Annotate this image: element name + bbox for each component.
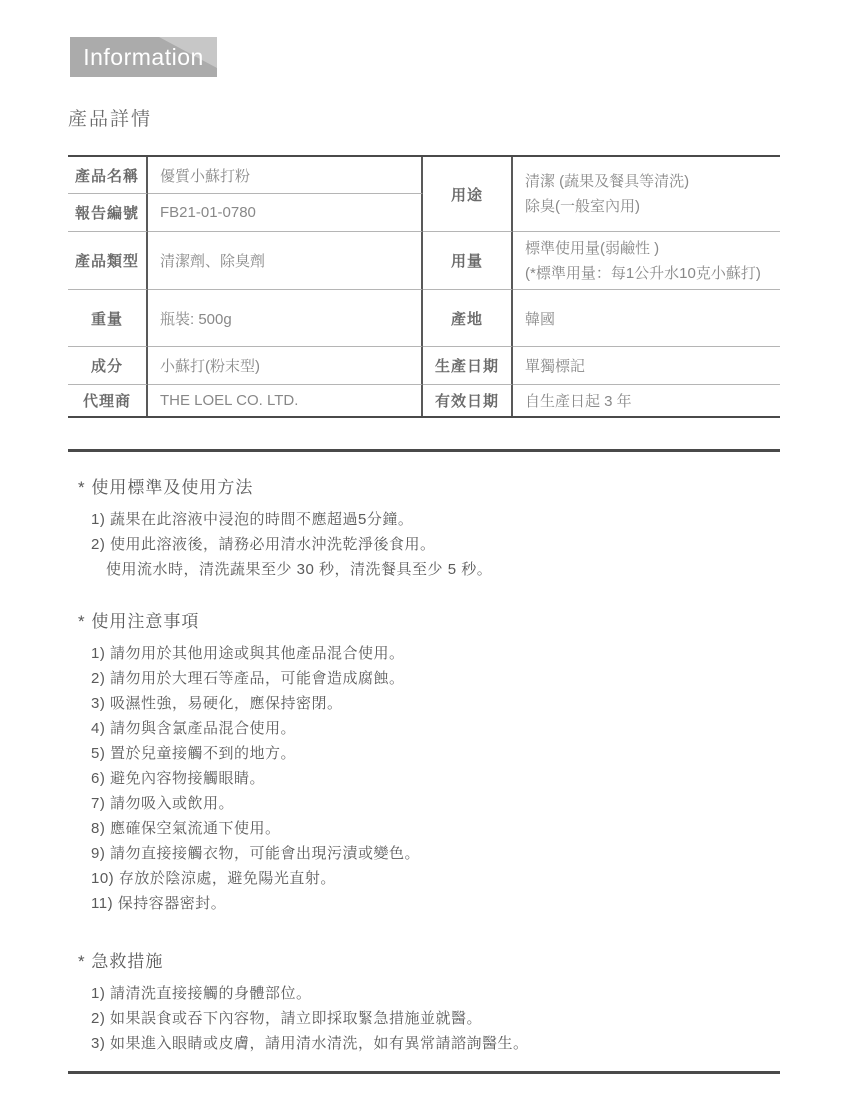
report-no-label: 報告編號 bbox=[68, 194, 148, 232]
production-date-label: 生產日期 bbox=[423, 347, 513, 385]
page-title: 產品詳情 bbox=[68, 106, 152, 134]
list-item: 5) 置於兒童接觸不到的地方。 bbox=[78, 741, 778, 766]
agent-value: THE LOEL CO. LTD. bbox=[148, 385, 423, 416]
list-item: 10) 存放於陰涼處，避免陽光直射。 bbox=[78, 866, 778, 891]
list-item: 6) 避免內容物接觸眼睛。 bbox=[78, 766, 778, 791]
product-information-page: Information 產品詳情 產品名稱 優質小蘇打粉 用途 清潔 (蔬果及餐… bbox=[0, 0, 860, 1119]
section-title: * 使用注意事項 bbox=[78, 608, 778, 636]
product-name-value: 優質小蘇打粉 bbox=[148, 157, 423, 194]
agent-label: 代理商 bbox=[68, 385, 148, 416]
list-item: 1) 請勿用於其他用途或與其他產品混合使用。 bbox=[78, 641, 778, 666]
product-name-label: 產品名稱 bbox=[68, 157, 148, 194]
list-item: 1) 蔬果在此溶液中浸泡的時間不應超過5分鐘。 bbox=[78, 507, 778, 532]
section-usage-precautions: * 使用注意事項 1) 請勿用於其他用途或與其他產品混合使用。 2) 請勿用於大… bbox=[78, 608, 778, 916]
section-first-aid-measures: * 急救措施 1) 請清洗直接接觸的身體部位。 2) 如果誤食或吞下內容物，請立… bbox=[78, 948, 778, 1056]
dosage-value-line1: 標準使用量(弱鹼性 ) bbox=[525, 236, 659, 261]
production-date-value: 單獨標記 bbox=[513, 347, 780, 385]
list-item: 9) 請勿直接接觸衣物，可能會出現污漬或變色。 bbox=[78, 841, 778, 866]
expiry-date-value: 自生產日起 3 年 bbox=[513, 385, 780, 416]
section-title: * 使用標準及使用方法 bbox=[78, 474, 778, 502]
information-ribbon: Information bbox=[70, 37, 217, 77]
origin-label: 產地 bbox=[423, 290, 513, 347]
list-item: 3) 吸濕性強，易硬化，應保持密閉。 bbox=[78, 691, 778, 716]
list-item: 4) 請勿與含氯產品混合使用。 bbox=[78, 716, 778, 741]
weight-label: 重量 bbox=[68, 290, 148, 347]
list-item: 2) 請勿用於大理石等產品，可能會造成腐蝕。 bbox=[78, 666, 778, 691]
information-ribbon-label: Information bbox=[70, 37, 217, 77]
list-item: 11) 保持容器密封。 bbox=[78, 891, 778, 916]
usage-value: 清潔 (蔬果及餐具等清洗) 除臭(一般室內用) bbox=[513, 157, 780, 232]
list-item: 3) 如果進入眼睛或皮膚，請用清水清洗，如有異常請諮詢醫生。 bbox=[78, 1031, 778, 1056]
product-type-value: 清潔劑、除臭劑 bbox=[148, 232, 423, 290]
ingredient-label: 成分 bbox=[68, 347, 148, 385]
expiry-date-label: 有效日期 bbox=[423, 385, 513, 416]
dosage-label: 用量 bbox=[423, 232, 513, 290]
report-no-value: FB21-01-0780 bbox=[148, 194, 423, 232]
list-item: 8) 應確保空氣流通下使用。 bbox=[78, 816, 778, 841]
ingredient-value: 小蘇打(粉末型) bbox=[148, 347, 423, 385]
product-details-table: 產品名稱 優質小蘇打粉 用途 清潔 (蔬果及餐具等清洗) 除臭(一般室內用) 報… bbox=[68, 155, 780, 418]
product-type-label: 產品類型 bbox=[68, 232, 148, 290]
dosage-value: 標準使用量(弱鹼性 ) (*標準用量：每1公升水10克小蘇打) bbox=[513, 232, 780, 290]
section-usage-standard-and-method: * 使用標準及使用方法 1) 蔬果在此溶液中浸泡的時間不應超過5分鐘。 2) 使… bbox=[78, 474, 778, 582]
origin-value: 韓國 bbox=[513, 290, 780, 347]
weight-value: 瓶裝: 500g bbox=[148, 290, 423, 347]
divider-bottom bbox=[68, 1071, 780, 1074]
list-item-continuation: 使用流水時，清洗蔬果至少 30 秒，清洗餐具至少 5 秒。 bbox=[78, 557, 778, 582]
list-item: 2) 使用此溶液後，請務必用清水沖洗乾淨後食用。 bbox=[78, 532, 778, 557]
list-item: 2) 如果誤食或吞下內容物，請立即採取緊急措施並就醫。 bbox=[78, 1006, 778, 1031]
usage-label: 用途 bbox=[423, 157, 513, 232]
list-item: 7) 請勿吸入或飲用。 bbox=[78, 791, 778, 816]
list-item: 1) 請清洗直接接觸的身體部位。 bbox=[78, 981, 778, 1006]
usage-value-line1: 清潔 (蔬果及餐具等清洗) bbox=[525, 169, 689, 194]
divider-above-sections bbox=[68, 449, 780, 452]
dosage-value-line2: (*標準用量：每1公升水10克小蘇打) bbox=[525, 261, 761, 286]
section-title: * 急救措施 bbox=[78, 948, 778, 976]
usage-value-line2: 除臭(一般室內用) bbox=[525, 194, 640, 219]
